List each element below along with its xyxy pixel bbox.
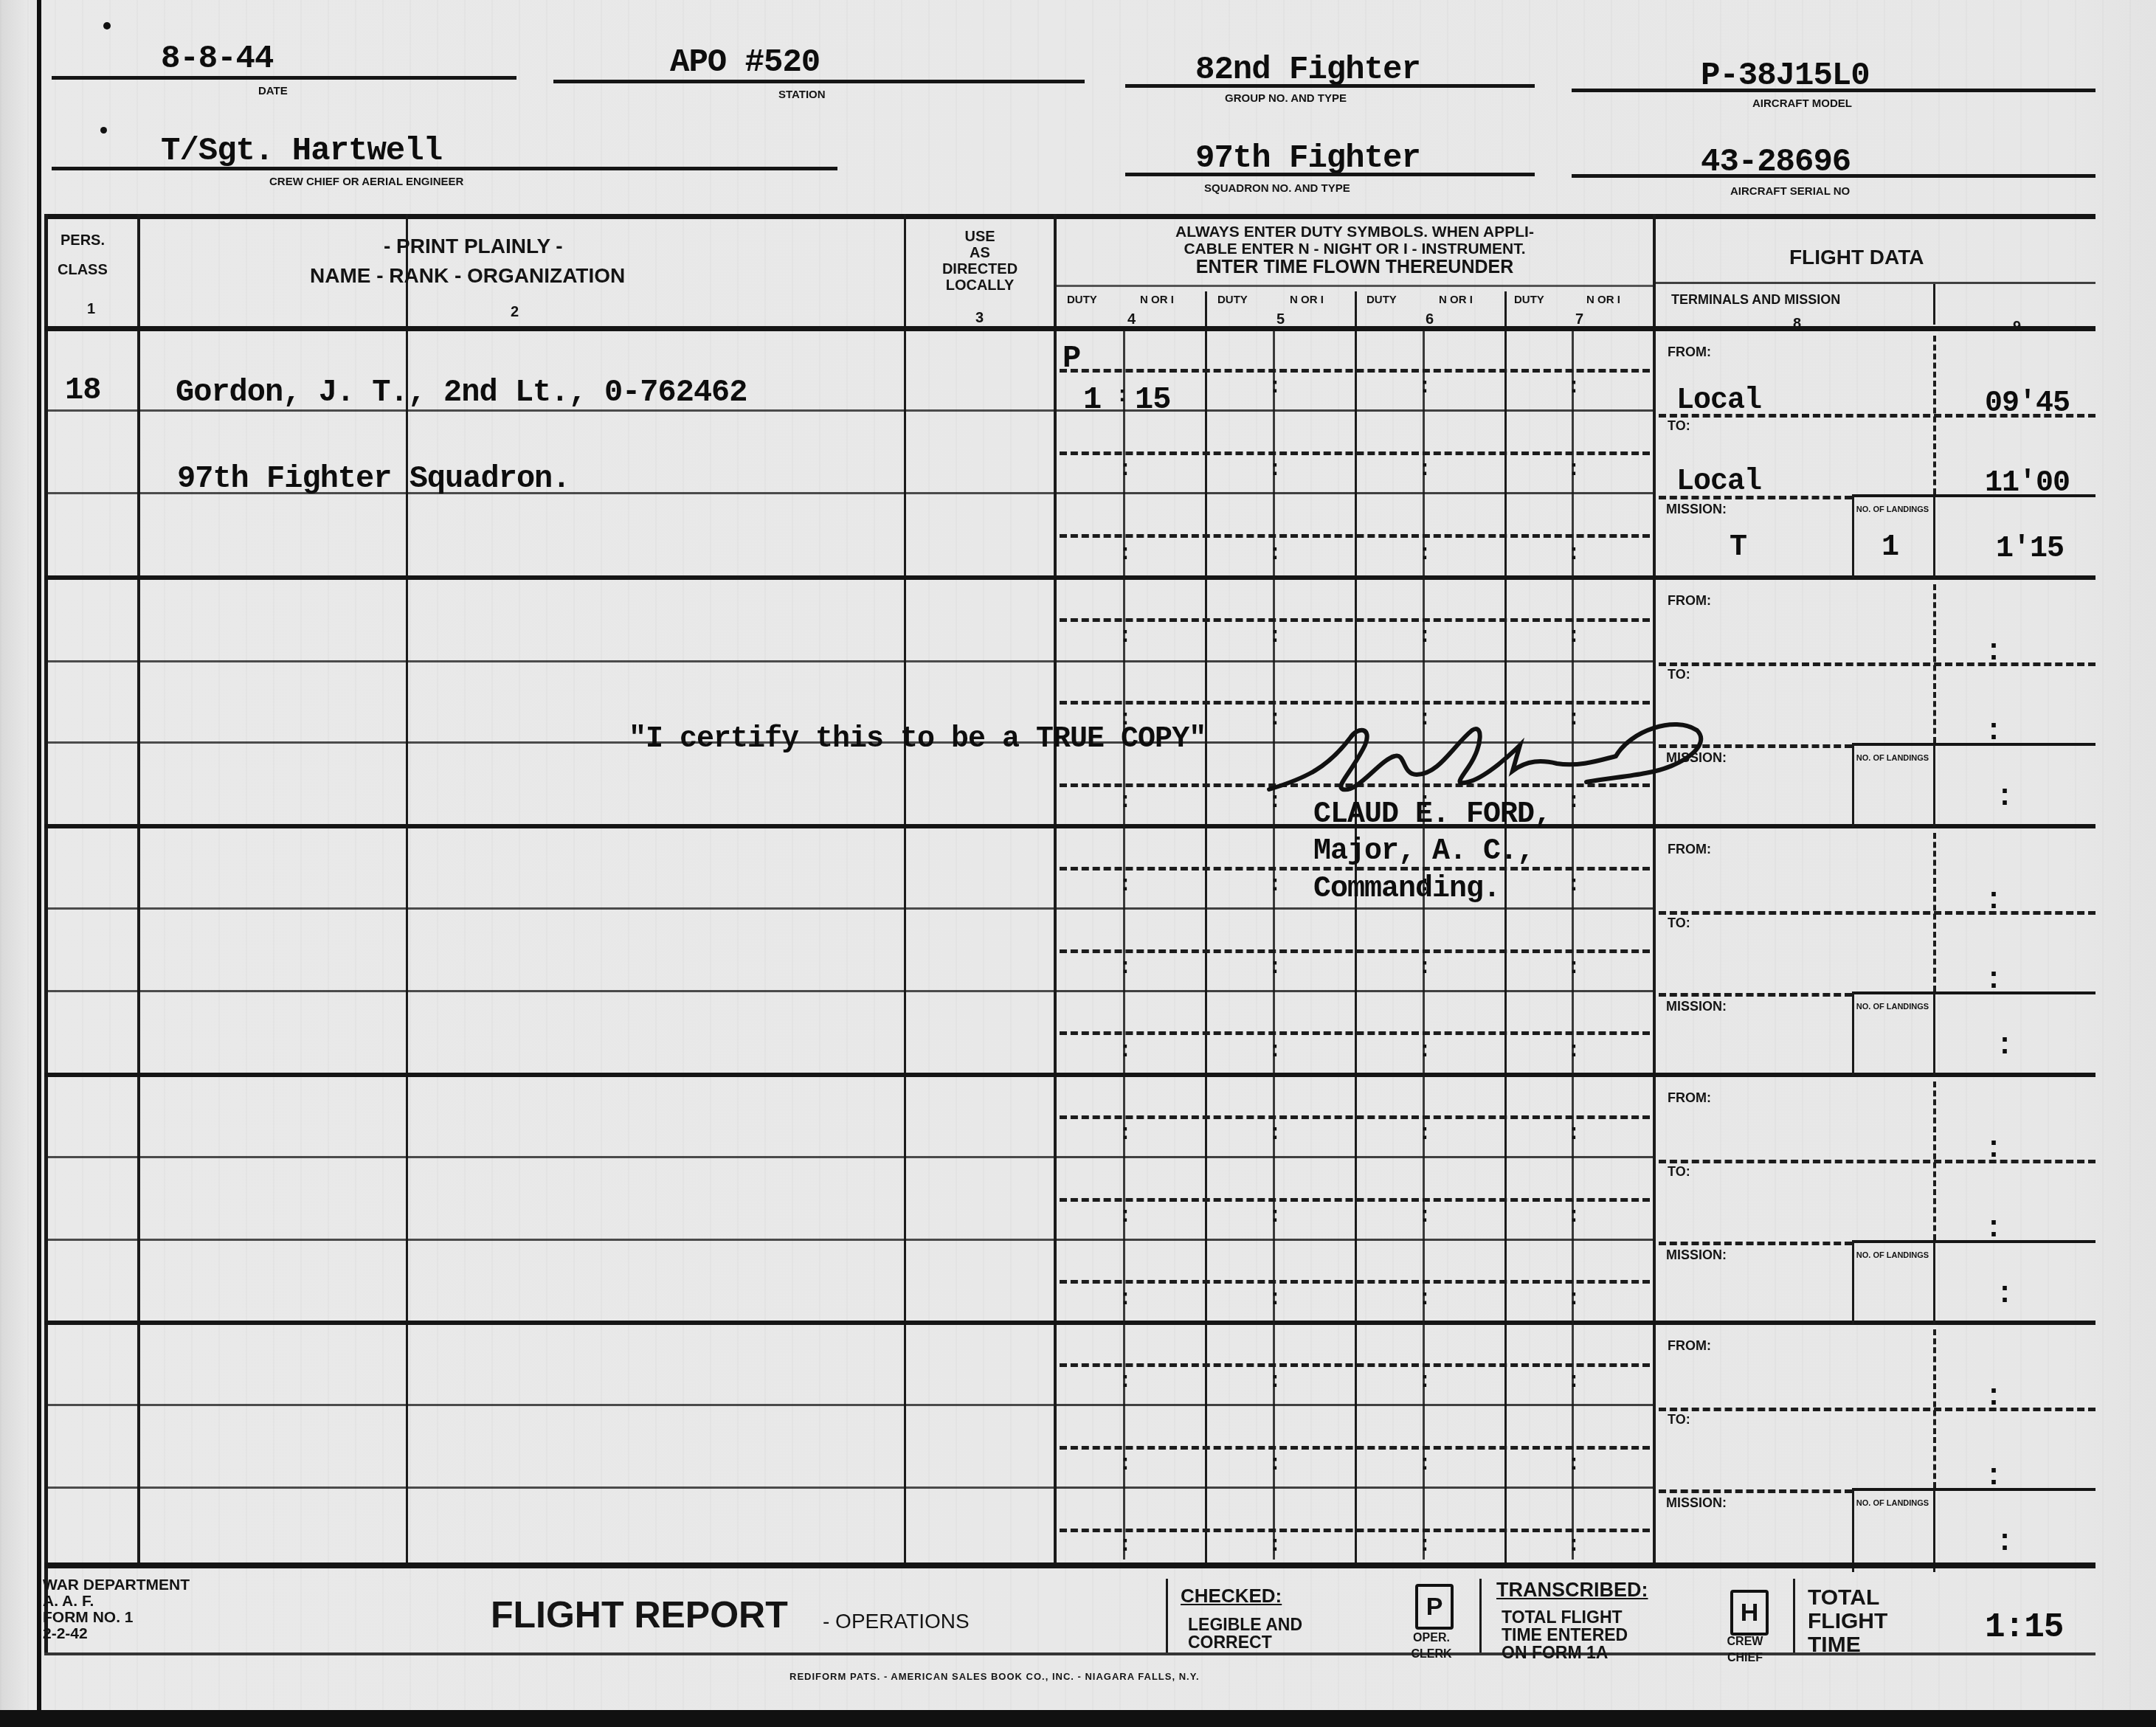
duty-sub-rule [1057,285,1653,287]
footer-divider [1166,1579,1168,1652]
pers-class-header-1: PERS. [61,232,105,249]
duty-time-colon: : [1119,457,1132,482]
row-line [48,1239,1054,1241]
checked-label: CHECKED: [1181,1585,1282,1607]
block-rule [44,575,2095,580]
from-label: FROM: [1668,345,1711,360]
duty-time-colon: : [1567,955,1580,980]
duty-sub-7: DUTY [1514,294,1544,306]
duty-colon: : [1116,384,1129,409]
col-line-4 [1205,291,1207,1564]
flight-duration: : [1996,1030,2013,1063]
duty-time-colon: : [1268,375,1282,400]
time-col-dash [1933,1081,1936,1240]
mission-label: MISSION: [1666,1247,1727,1263]
table-top-rule [44,214,2095,219]
duty-time-colon: : [1119,1452,1132,1477]
duty-time-colon: : [1119,1533,1132,1558]
to-label: TO: [1668,1164,1690,1180]
landings-left-rule [1852,993,1854,1076]
crew-chief-value: T/Sgt. Hartwell [161,133,442,170]
from-to-dash [1659,1160,2095,1163]
landings-left-rule [1852,1242,1854,1324]
legible-correct-label: LEGIBLE AND CORRECT [1188,1616,1302,1651]
total-flight-time-value: 1:15 [1985,1608,2063,1647]
duty-row-line [1057,492,1653,494]
printer-imprint: REDIFORM PATS. - AMERICAN SALES BOOK CO.… [790,1671,1200,1682]
duty-time-colon: : [1567,1039,1580,1064]
total-flight-time-label: TOTAL FLIGHT TIME [1808,1586,1887,1657]
row-line [48,907,1054,910]
duty-time-colon: : [1567,1287,1580,1312]
duty-time-colon: : [1567,1533,1580,1558]
landings-right-rule [1933,1242,1935,1324]
to-label: TO: [1668,667,1690,682]
local-use-header: USE AS DIRECTED LOCALLY [906,229,1054,294]
from-to-dash [1659,414,2095,418]
duty-time-colon: : [1119,873,1132,898]
war-department-block: WAR DEPARTMENT A. A. F. FORM NO. 1 2-2-4… [43,1577,190,1642]
duty-row-line [1057,1404,1653,1406]
punch-dot [100,127,107,134]
aircraft-serial-label: AIRCRAFT SERIAL NO [1730,185,1850,198]
landings-top-rule [1852,991,2095,994]
date-underline [52,76,516,80]
duty-time-colon: : [1567,1204,1580,1229]
entry-name-line1: Gordon, J. T., 2nd Lt., 0-762462 [176,375,747,410]
col-line-3 [1054,214,1057,1564]
col-line-2 [904,214,906,1564]
duty-time-colon: : [1567,457,1580,482]
landings-right-rule [1933,993,1935,1076]
signer-title: Commanding. [1313,873,1500,906]
entry-duty-hours: 1 [1083,382,1101,418]
from-label: FROM: [1668,1090,1711,1106]
duty-row-line [1057,1156,1653,1158]
duty-time-colon: : [1119,955,1132,980]
time-col-dash [1933,833,1936,991]
oper-clerk-checkbox[interactable]: P [1415,1584,1454,1630]
duty-time-colon: : [1418,1039,1431,1064]
station-label: STATION [778,89,826,101]
row-line [48,1156,1054,1158]
duty-time-colon: : [1418,457,1431,482]
block-rule [44,824,2095,828]
time-col-dash [1933,584,1936,743]
station-underline [553,80,1085,83]
entry-duty-symbol: P [1063,341,1080,376]
ni-sub-4: N OR I [1140,294,1174,306]
block-rule [44,1073,2095,1077]
duty-time-colon: : [1268,457,1282,482]
duty-time-colon: : [1567,1369,1580,1394]
duty-time-colon: : [1119,624,1132,649]
flight-duration: : [1996,781,2013,814]
duty-time-colon: : [1268,541,1282,567]
mission-label: MISSION: [1666,502,1727,517]
footer-divider [1479,1579,1482,1652]
duty-sub-5: DUTY [1217,294,1248,306]
from-label: FROM: [1668,842,1711,857]
landings-right-rule [1933,744,1935,827]
time-col-dash [1933,1329,1936,1488]
duty-sub-4: DUTY [1067,294,1097,306]
date-label: DATE [258,85,288,97]
to-mission-dash [1659,993,1852,997]
from-label: FROM: [1668,593,1711,609]
landings-label: NO. OF LANDINGS [1855,753,1930,764]
duty-time-colon: : [1268,1287,1282,1312]
duty-time-colon: : [1119,1121,1132,1146]
landings-top-rule [1852,743,2095,746]
group-underline [1125,84,1535,88]
duty-dash [1060,949,1650,953]
landings-label: NO. OF LANDINGS [1855,505,1930,515]
landings-label: NO. OF LANDINGS [1855,1250,1930,1261]
duty-dash [1060,1280,1650,1284]
certification-statement: "I certify this to be a TRUE COPY" [629,723,1206,756]
header-bottom-rule [44,326,2095,331]
duty-dash [1060,369,1650,373]
landings-left-rule [1852,744,1854,827]
duty-time-colon: : [1119,1039,1132,1064]
flight-duration: 1'15 [1996,533,2064,566]
entry-pers-class: 18 [65,373,100,408]
transcribed-label: TRANSCRIBED: [1496,1579,1648,1602]
row-line [48,1404,1054,1406]
landings-left-rule [1852,1489,1854,1572]
duty-time-colon: : [1418,375,1431,400]
landings-top-rule [1852,1240,2095,1243]
duty-dash [1060,618,1650,622]
duty-time-colon: : [1418,1369,1431,1394]
landings-top-rule [1852,1488,2095,1491]
landings-right-rule [1933,1489,1935,1572]
landings-left-rule [1852,496,1854,578]
duty-time-colon: : [1567,624,1580,649]
mission-label: MISSION: [1666,1495,1727,1511]
name-rank-org-header: NAME - RANK - ORGANIZATION [310,264,625,288]
footer-top-rule [44,1562,2095,1568]
landings-label: NO. OF LANDINGS [1855,1002,1930,1012]
to-mission-dash [1659,1489,1852,1493]
punch-dot [103,22,111,30]
landings-right-rule [1933,496,1935,578]
squadron-label: SQUADRON NO. AND TYPE [1204,182,1350,195]
duty-time-colon: : [1268,1204,1282,1229]
bottom-film-edge [0,1710,2156,1727]
duty-time-colon: : [1119,789,1132,814]
row-line [48,1487,1054,1489]
col-line-left [44,214,48,1652]
duty-time-colon: : [1418,1533,1431,1558]
group-value: 82nd Fighter [1195,52,1420,89]
entry-name-line2: 97th Fighter Squadron. [177,461,570,496]
crew-chief-label: CREW CHIEF OR AERIAL ENGINEER [269,176,463,188]
duty-instruction-header: ALWAYS ENTER DUTY SYMBOLS. WHEN APPLI- C… [1057,224,1653,277]
duty-time-colon: : [1567,375,1580,400]
from-to-dash [1659,1408,2095,1411]
mission-label: MISSION: [1666,999,1727,1014]
duty-time-colon: : [1567,1121,1580,1146]
print-plainly-header: - PRINT PLAINLY - [384,235,563,258]
duty-dash [1060,1198,1650,1202]
col-line-5 [1355,291,1357,1564]
duty-time-colon: : [1418,624,1431,649]
flight-duration: : [1996,1526,2013,1560]
mission-code: T [1730,531,1746,564]
ni-sub-7: N OR I [1586,294,1620,306]
duty-time-colon: : [1268,873,1282,898]
squadron-underline [1125,173,1535,176]
duty-sub-6: DUTY [1366,294,1397,306]
row-line [48,990,1054,992]
duty-dash [1060,1446,1650,1450]
duty-row-line [1057,990,1653,992]
block-rule [44,1321,2095,1325]
ni-sub-6: N OR I [1439,294,1473,306]
signer-name: CLAUD E. FORD, [1313,798,1551,831]
time-col-dash [1933,336,1936,494]
landings-count: 1 [1882,531,1898,564]
col-line-8-9-head [1933,284,1935,325]
duty-dash [1060,534,1650,538]
duty-time-colon: : [1268,955,1282,980]
oper-clerk-label: OPER. CLERK [1402,1630,1461,1663]
duty-time-colon: : [1418,1452,1431,1477]
col-num-1: 1 [87,301,95,318]
crew-chief-checkbox[interactable]: H [1730,1590,1769,1636]
flight-duration: : [1996,1278,2013,1312]
col-line-6 [1504,291,1507,1564]
from-terminal: Local [1676,384,1761,418]
to-label: TO: [1668,1412,1690,1427]
crew-chief-underline [52,167,837,170]
from-to-dash [1659,911,2095,915]
flight-data-header: FLIGHT DATA [1789,246,1924,269]
duty-time-colon: : [1418,1121,1431,1146]
flight-report-form: 8-8-44 DATE APO #520 STATION 82nd Fighte… [0,0,2156,1727]
col-line-name-a [406,214,408,1564]
duty-time-colon: : [1119,1287,1132,1312]
row-line [48,660,1054,662]
flight-data-sub-rule [1656,282,2095,284]
duty-dash [1060,1115,1650,1119]
entry-duty-minutes: 15 [1135,382,1170,418]
col-num-2: 2 [511,304,519,321]
aircraft-model-label: AIRCRAFT MODEL [1752,97,1852,110]
duty-time-colon: : [1268,1452,1282,1477]
duty-time-colon: : [1567,541,1580,567]
duty-row-line [1057,660,1653,662]
duty-time-colon: : [1418,1287,1431,1312]
station-value: APO #520 [670,44,820,81]
to-mission-dash [1659,496,1852,499]
to-terminal: Local [1676,466,1761,499]
duty-time-colon: : [1418,955,1431,980]
duty-dash [1060,1529,1650,1532]
footer-bottom-rule [44,1652,2095,1655]
left-margin-line [37,0,41,1727]
to-mission-dash [1659,1242,1852,1245]
duty-dash [1060,1031,1650,1035]
footer-divider [1793,1579,1795,1652]
from-label: FROM: [1668,1338,1711,1354]
date-value: 8-8-44 [161,41,273,77]
duty-row-line [1057,907,1653,910]
duty-time-colon: : [1119,1369,1132,1394]
from-to-dash [1659,662,2095,666]
duty-time-colon: : [1119,541,1132,567]
form-subtitle: - OPERATIONS [823,1610,970,1633]
to-label: TO: [1668,418,1690,434]
duty-time-colon: : [1268,1369,1282,1394]
col-line-7 [1653,214,1656,1564]
aircraft-serial-underline [1572,174,2095,178]
signer-rank: Major, A. C., [1313,835,1534,868]
duty-time-colon: : [1268,1121,1282,1146]
duty-dash [1060,1363,1650,1367]
landings-label: NO. OF LANDINGS [1855,1498,1930,1509]
landings-top-rule [1852,494,2095,497]
duty-time-colon: : [1567,1452,1580,1477]
duty-dash [1060,701,1650,705]
duty-time-colon: : [1268,624,1282,649]
duty-time-colon: : [1418,1204,1431,1229]
duty-time-colon: : [1567,873,1580,898]
col-line-1 [137,214,140,1564]
crew-chief-label: CREW CHIEF [1716,1634,1775,1667]
terminals-mission-header: TERMINALS AND MISSION [1671,292,1840,308]
group-label: GROUP NO. AND TYPE [1225,92,1347,105]
duty-time-colon: : [1268,1533,1282,1558]
pers-class-header-2: CLASS [58,262,108,279]
duty-time-colon: : [1119,1204,1132,1229]
signature-icon [1262,716,1741,804]
duty-row-line [1057,1487,1653,1489]
ni-sub-5: N OR I [1290,294,1324,306]
duty-time-colon: : [1268,1039,1282,1064]
duty-row-line [1057,1239,1653,1241]
form-title: FLIGHT REPORT [491,1593,788,1636]
squadron-value: 97th Fighter [1195,140,1420,177]
col-num-3: 3 [975,310,984,327]
duty-dash [1060,451,1650,455]
to-label: TO: [1668,916,1690,931]
duty-time-colon: : [1418,541,1431,567]
aircraft-model-underline [1572,89,2095,92]
